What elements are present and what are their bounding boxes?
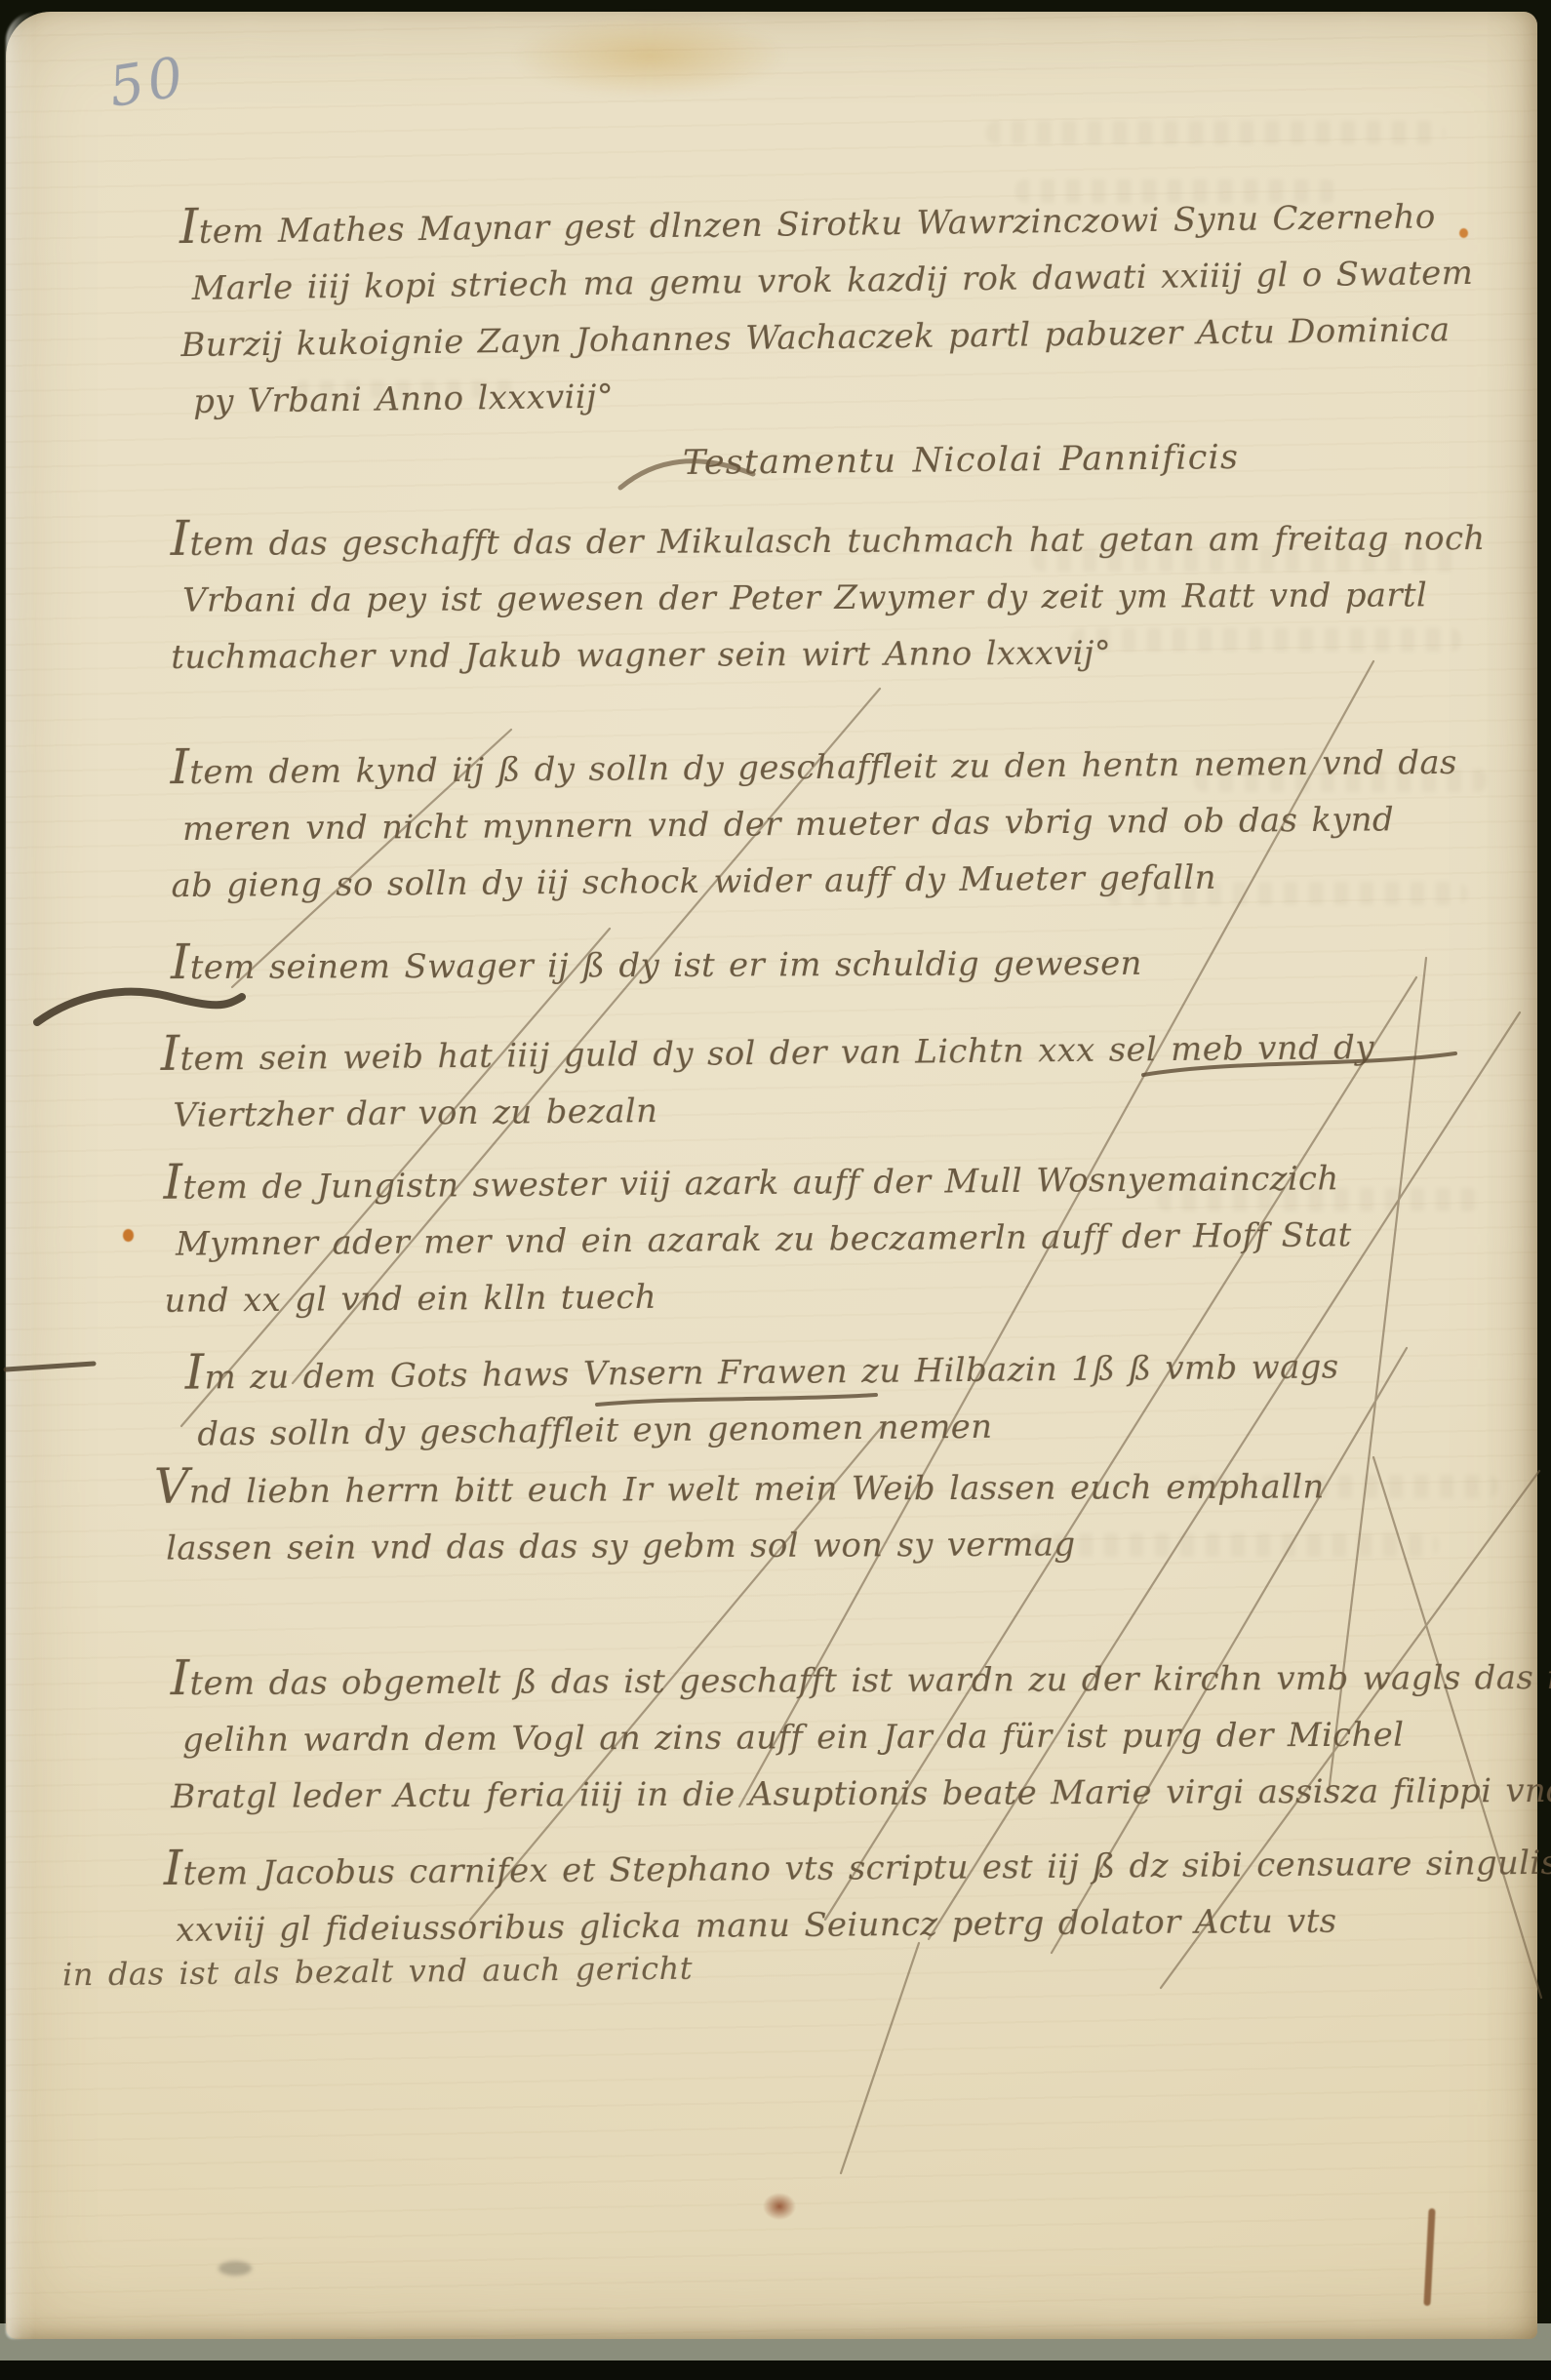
manuscript-line: Item Jacobus carnifex et Stephano vts sc… (164, 1828, 1551, 1902)
testament-entry-10: Item Jacobus carnifex et Stephano vts sc… (164, 1828, 1551, 1959)
manuscript-line: Item das geschafft das der Mikulasch tuc… (171, 504, 1486, 573)
manuscript-line: Item seinem Swager ij ß dy ist er im sch… (171, 930, 1142, 996)
ink-fleck (123, 1229, 134, 1242)
manuscript-line: und xx gl vnd ein klln tuech (164, 1263, 1352, 1329)
manuscript-line: Item sein weib hat iiij guld dy sol der … (160, 1013, 1374, 1088)
testament-entry-6: Item de Jungistn swester viij azark auff… (163, 1144, 1352, 1329)
manuscript-line: tuchmacher vnd Jakub wagner sein wirt An… (171, 623, 1486, 686)
fiber-stain (1423, 2208, 1435, 2306)
manuscript-line: Bratgl leder Actu feria iiij in die Asup… (171, 1763, 1551, 1825)
testament-entry-3: Item dem kynd iij ß dy solln dy geschaff… (170, 729, 1458, 914)
manuscript-line: Im zu dem Gots haws Vnsern Frawen zu Hil… (184, 1332, 1338, 1406)
manuscript-line: Viertzher dar von zu bezaln (173, 1076, 1375, 1144)
manuscript-line: Item dem kynd iij ß dy solln dy geschaff… (170, 729, 1457, 801)
manuscript-line: lassen sein vnd das das sy gebm sol won … (166, 1515, 1325, 1576)
testament-entry-2: Item das geschafft das der Mikulasch tuc… (171, 504, 1487, 686)
paper-stain (763, 2193, 796, 2220)
manuscript-line: Mymner ader mer vnd ein azarak zu beczam… (176, 1207, 1352, 1272)
scan-background: 50 Item Mathes Maynar gest dlnzen Sirotk… (0, 0, 1551, 2380)
testament-entry-1: Item Mathes Maynar gest dlnzen Sirotku W… (179, 182, 1475, 430)
testament-entry-8: Vnd liebn herrn bitt euch Ir welt mein W… (154, 1452, 1325, 1576)
paper-stain (513, 14, 786, 98)
manuscript-line: Vrbani da pey ist gewesen der Peter Zwym… (182, 567, 1486, 629)
scan-shadow (0, 2360, 1551, 2380)
verso-showthrough (986, 121, 1445, 144)
manuscript-line: meren vnd nicht mynnern vnd der mueter d… (182, 791, 1458, 857)
deckle-edge (6, 12, 35, 2339)
manuscript-line: gelihn wardn dem Vogl an zins auff ein J… (182, 1706, 1551, 1768)
testament-entry-7: Im zu dem Gots haws Vnsern Frawen zu Hil… (184, 1332, 1339, 1462)
manuscript-line: Item de Jungistn swester viij azark auff… (163, 1144, 1351, 1216)
folio-number: 50 (104, 45, 190, 120)
testament-entry-5: Item sein weib hat iiij guld dy sol der … (160, 1013, 1374, 1144)
manuscript-line: Vnd liebn herrn bitt euch Ir welt mein W… (154, 1452, 1325, 1520)
manuscript-line: ab gieng so solln dy iij schock wider au… (171, 848, 1458, 914)
testament-entry-9: Item das obgemelt ß das ist geschafft is… (171, 1644, 1551, 1825)
testament-entry-4: Item seinem Swager ij ß dy ist er im sch… (171, 930, 1142, 996)
section-heading: Testamentu Nicolai Pannificis (683, 438, 1239, 483)
manuscript-line: xxviij gl fideiussoribus glicka manu Sei… (176, 1890, 1551, 1959)
manuscript-line: Item das obgemelt ß das ist geschafft is… (171, 1644, 1551, 1712)
closing-note: in das ist als bezalt vnd auch gericht (62, 1950, 694, 1994)
smudge-stain (219, 2261, 252, 2276)
